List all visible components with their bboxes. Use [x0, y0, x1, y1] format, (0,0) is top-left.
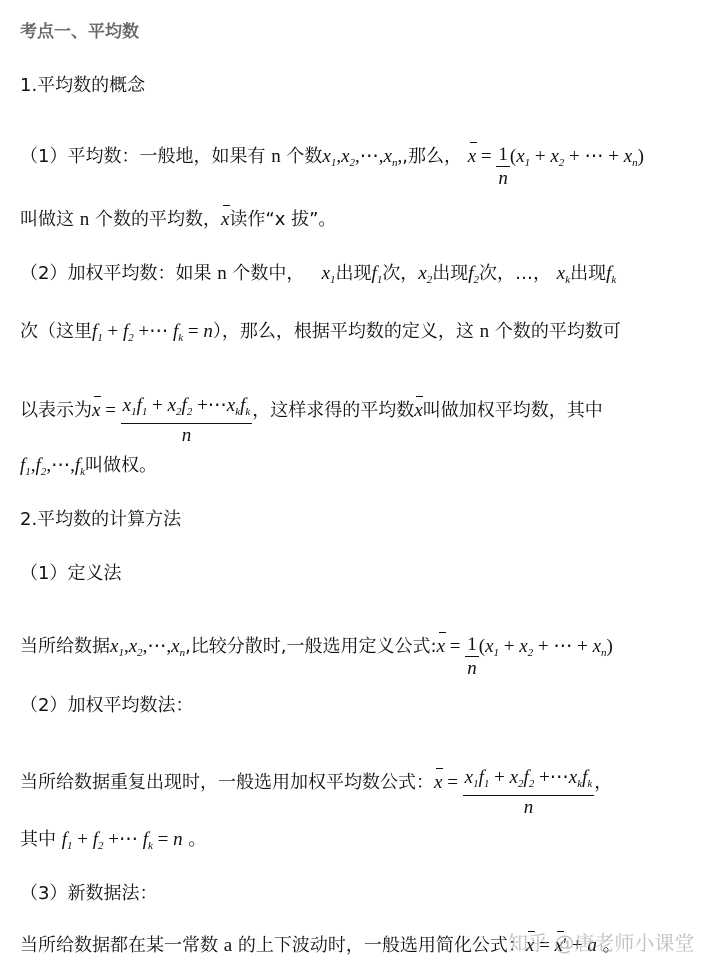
method2-suffix: ，: [594, 772, 612, 793]
times2-text: 次，…，: [479, 263, 551, 284]
item2-prefix: （2）加权平均数：如果: [20, 263, 211, 284]
weighted-mean-formula: x = x1f1 + x2f2 +⋯xkfkn: [92, 400, 252, 421]
method2-line2-end: 。: [188, 829, 206, 850]
method1-sequence: x1,x2,⋯,xn: [110, 636, 185, 657]
method3-heading: （3）新数据法：: [20, 882, 157, 906]
watermark: 知乎 @唐老师小课堂: [508, 927, 694, 956]
f2-symbol: f2: [468, 263, 479, 284]
xbar-symbol: x: [414, 399, 422, 423]
item2-line3-prefix: 以表示为: [20, 400, 92, 421]
xk-symbol: xk: [557, 263, 570, 284]
item1-formula: x = 1n(x1 + x2 + ⋯ + xn): [468, 146, 644, 167]
occurk-text: 出现: [570, 263, 606, 284]
occur1-text: 出现: [336, 263, 372, 284]
item1-sequence: x1,x2,⋯,xn,: [322, 146, 402, 167]
method1-text-line: 当所给数据x1,x2,⋯,xn,比较分散时,一般选用定义公式:x = 1n(x1…: [20, 624, 613, 671]
fk-symbol: fk: [606, 263, 616, 284]
item2-formula-line: 以表示为x = x1f1 + x2f2 +⋯xkfkn，这样求得的平均数x叫做加…: [20, 385, 603, 438]
method2-prefix: 当所给数据重复出现时，一般选用加权平均数公式：: [20, 772, 434, 793]
item1-mid: 个数: [286, 146, 322, 167]
section2-heading: 2.平均数的计算方法: [20, 508, 181, 532]
method1-prefix: 当所给数据: [20, 636, 110, 657]
method1-mid: ,比较分散时,一般选用定义公式:: [185, 636, 437, 657]
document-title: 考点一、平均数: [20, 20, 139, 44]
method3-prefix: 当所给数据都在某一常数: [20, 935, 218, 956]
f1-symbol: f1: [372, 263, 383, 284]
item1-reading-line: 叫做这 n 个数的平均数，x读作“x 拔”。: [20, 208, 336, 232]
item1-prefix: （1）平均数：一般地，如果有: [20, 146, 265, 167]
section1-heading: 1.平均数的概念: [20, 74, 145, 98]
method2-condition: f1 + f2 +⋯ fk = n: [62, 829, 183, 850]
item2-n: n: [217, 263, 227, 284]
item1-after-seq: ,那么，: [402, 146, 462, 167]
x2-symbol: x2: [418, 263, 432, 284]
item1-n: n: [271, 146, 281, 167]
xbar-symbol: x: [221, 208, 229, 232]
item2-line2-suffix: ），那么，根据平均数的定义，这: [213, 321, 474, 342]
method2-text-line: 当所给数据重复出现时，一般选用加权平均数公式：x = x1f1 + x2f2 +…: [20, 757, 612, 810]
method2-line2-prefix: 其中: [20, 829, 56, 850]
method1-formula: x = 1n(x1 + x2 + ⋯ + xn): [437, 636, 613, 657]
item2-condition-formula: f1 + f2 +⋯ fk = n: [92, 321, 213, 342]
item1-line2-read: 读作“x 拔”。: [229, 209, 336, 230]
item2-line3-mid: ，这样求得的平均数: [252, 400, 414, 421]
weights-sequence: f1,f2,⋯,fk: [20, 455, 85, 476]
item2-line2-prefix: 次（这里: [20, 321, 92, 342]
times1-text: 次，: [382, 263, 418, 284]
item2-line4-end: 叫做权。: [85, 455, 157, 476]
item1-definition-line: （1）平均数：一般地，如果有 n 个数x1,x2,⋯,xn,,那么， x = 1…: [20, 134, 644, 181]
item2-condition-line: 次（这里f1 + f2 +⋯ fk = n），那么，根据平均数的定义，这 n 个…: [20, 320, 621, 350]
item2-definition-line: （2）加权平均数：如果 n 个数中， x1出现f1次，x2出现f2次，…， xk…: [20, 262, 616, 292]
item2-line3-end: 叫做加权平均数，其中: [423, 400, 603, 421]
method3-a: a: [224, 935, 232, 956]
item1-line2-n: n: [80, 209, 90, 230]
item1-line2-prefix: 叫做这: [20, 209, 74, 230]
item2-weights-line: f1,f2,⋯,fk叫做权。: [20, 454, 157, 484]
item2-line2-n: n: [480, 321, 490, 342]
method1-heading: （1）定义法: [20, 562, 121, 586]
item2-mid: 个数中，: [232, 263, 304, 284]
x1-symbol: x1: [322, 263, 336, 284]
method2-heading: （2）加权平均数法：: [20, 694, 193, 718]
item1-line2-mid: 个数的平均数，: [95, 209, 221, 230]
method2-formula: x = x1f1 + x2f2 +⋯xkfkn: [434, 772, 594, 793]
item2-line2-end: 个数的平均数可: [495, 321, 621, 342]
occur2-text: 出现: [432, 263, 468, 284]
method2-condition-line: 其中 f1 + f2 +⋯ fk = n 。: [20, 828, 206, 858]
method3-mid: 的上下波动时，一般选用简化公式：: [238, 935, 526, 956]
